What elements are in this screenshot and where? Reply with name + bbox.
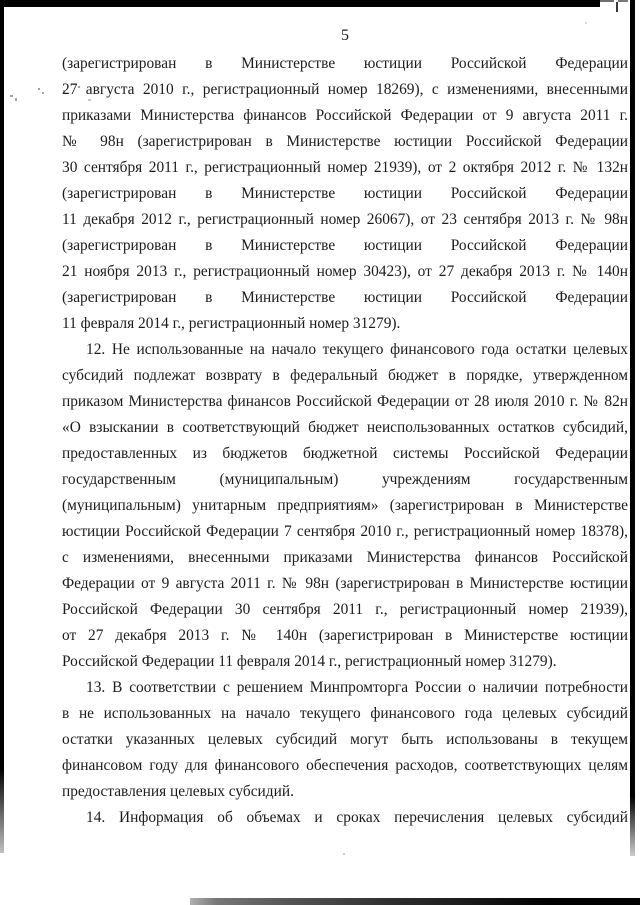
text-line: приказами Министерства финансов Российск…: [62, 103, 628, 129]
scan-speck: [38, 88, 40, 90]
text-line: (зарегистрирован в Министерстве юстиции …: [62, 233, 628, 259]
text-line: (муниципальным) унитарным предприятиям» …: [62, 493, 628, 519]
text-line: 21 ноября 2013 г., регистрационный номер…: [62, 259, 628, 285]
text-line: (зарегистрирован в Министерстве юстиции …: [62, 285, 628, 311]
scan-artifact-notch-mark: [616, 2, 618, 12]
paragraph: 12. Не использованные на начало текущего…: [62, 337, 628, 675]
text-line: 14. Информация об объемах и сроках переч…: [62, 805, 628, 831]
scan-speck: [42, 92, 44, 94]
text-line: приказом Министерства финансов Российско…: [62, 389, 628, 415]
text-line: финансовом году для финансового обеспече…: [62, 753, 628, 779]
scan-speck: [10, 95, 13, 97]
scan-artifact-top-dash: [618, 0, 628, 2]
scan-artifact-left-bar: [0, 7, 4, 853]
text-line: юстиции Российской Федерации 7 сентября …: [62, 519, 628, 545]
scan-speck: [15, 98, 17, 101]
text-line: (зарегистрирован в Министерстве юстиции …: [62, 51, 628, 77]
text-line: 13. В соответствии с решением Минпромтор…: [62, 675, 628, 701]
text-line: 11 декабря 2012 г., регистрационный номе…: [62, 207, 628, 233]
text-line: предоставленных из бюджетов бюджетной си…: [62, 441, 628, 467]
scan-speck: [343, 853, 345, 855]
text-line: 12. Не использованные на начало текущего…: [62, 337, 628, 363]
text-line: субсидий подлежат возврату в федеральный…: [62, 363, 628, 389]
paragraph: (зарегистрирован в Министерстве юстиции …: [62, 51, 628, 337]
page-number: 5: [62, 27, 628, 45]
text-line: остатки указанных целевых субсидий могут…: [62, 727, 628, 753]
text-line: предоставления целевых субсидий.: [62, 779, 628, 805]
text-line: 27 августа 2010 г., регистрационный номе…: [62, 77, 628, 103]
text-line: Российской Федерации 11 февраля 2014 г.,…: [62, 649, 628, 675]
paragraph: 13. В соответствии с решением Минпромтор…: [62, 675, 628, 805]
text-line: 11 февраля 2014 г., регистрационный номе…: [62, 311, 628, 337]
text-line: Российской Федерации 30 сентября 2011 г.…: [62, 597, 628, 623]
text-line: 30 сентября 2011 г., регистрационный ном…: [62, 155, 628, 181]
document-body: (зарегистрирован в Министерстве юстиции …: [62, 51, 628, 831]
scan-speck: [585, 22, 587, 24]
text-line: Федерации от 9 августа 2011 г. № 98н (за…: [62, 571, 628, 597]
text-line: в не использованных на начало текущего ф…: [62, 701, 628, 727]
text-line: от 27 декабря 2013 г. № 140н (зарегистри…: [62, 623, 628, 649]
scan-artifact-right-bar: [630, 0, 635, 856]
text-line: № 98н (зарегистрирован в Министерстве юс…: [62, 129, 628, 155]
text-line: (зарегистрирован в Министерстве юстиции …: [62, 181, 628, 207]
text-line: «О взыскании в соответствующий бюджет не…: [62, 415, 628, 441]
scan-artifact-top-bar: [0, 0, 600, 7]
scan-artifact-top-dash: [600, 0, 614, 2]
text-line: с изменениями, внесенными приказами Мини…: [62, 545, 628, 571]
scan-artifact-bottom-bar: [190, 898, 640, 905]
text-line: государственным (муниципальным) учрежден…: [62, 467, 628, 493]
paragraph: 14. Информация об объемах и сроках переч…: [62, 805, 628, 831]
